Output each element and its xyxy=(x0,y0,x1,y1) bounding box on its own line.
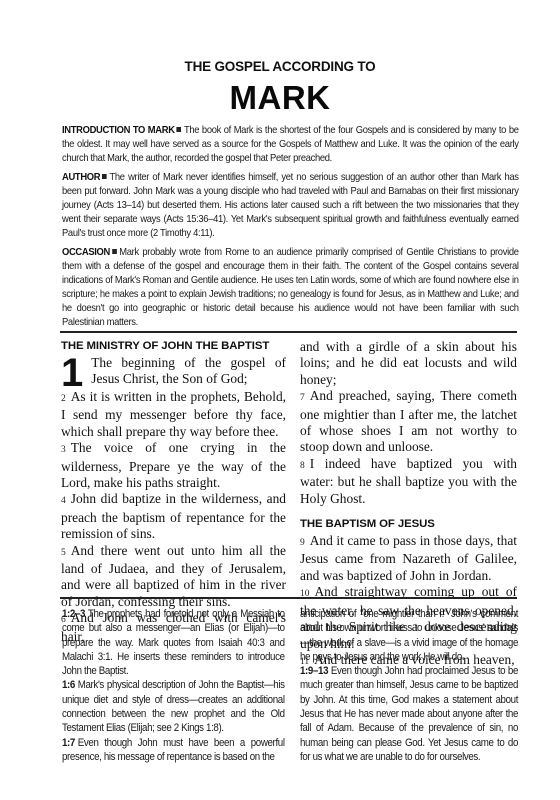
study-note: 1:2–3The prophets had foretold not only … xyxy=(62,607,285,678)
study-note: 1:7Even though John must have been a pow… xyxy=(62,736,285,765)
square-bullet-icon xyxy=(102,174,107,179)
verse-number: 4 xyxy=(61,496,66,506)
verse-text: As it is written in the prophets, Behold… xyxy=(61,389,286,439)
note-text: anticipation of "one mightier than I." J… xyxy=(300,608,518,663)
section-divider xyxy=(60,331,517,333)
note-reference: 1:2–3 xyxy=(62,608,85,620)
footnote-divider xyxy=(60,597,517,599)
study-note-continuation: anticipation of "one mightier than I." J… xyxy=(300,607,518,664)
study-note: 1:9–13Even though John had proclaimed Je… xyxy=(300,664,518,764)
section-heading: THE BAPTISM OF JESUS xyxy=(300,517,517,531)
intro-paragraph-introduction: INTRODUCTION TO MARKThe book of Mark is … xyxy=(62,124,519,166)
intro-label: AUTHOR xyxy=(62,172,100,183)
verse-continuation: and with a girdle of a skin about his lo… xyxy=(300,339,517,388)
section-heading: THE MINISTRY OF JOHN THE BAPTIST xyxy=(61,339,286,353)
book-supertitle: THE GOSPEL ACCORDING TO xyxy=(0,59,560,75)
verse-number: 3 xyxy=(61,445,66,455)
intro-label: OCCASION xyxy=(62,247,110,258)
study-notes-right: anticipation of "one mightier than I." J… xyxy=(300,607,518,764)
intro-text: The writer of Mark never identifies hims… xyxy=(62,172,519,239)
verse: 7And preached, saying, There cometh one … xyxy=(300,388,517,456)
study-note: 1:6Mark's physical description of John t… xyxy=(62,678,285,735)
intro-label: INTRODUCTION TO MARK xyxy=(62,125,175,136)
verse-text: The beginning of the gospel of Jesus Chr… xyxy=(91,355,286,386)
intro-text: Mark probably wrote from Rome to an audi… xyxy=(62,247,519,328)
note-text: The prophets had foretold not only a Mes… xyxy=(62,608,285,677)
square-bullet-icon xyxy=(112,249,117,254)
verse: 1 The beginning of the gospel of Jesus C… xyxy=(61,355,286,388)
page-header: THE GOSPEL ACCORDING TO MARK xyxy=(0,59,560,117)
note-text: Mark's physical description of John the … xyxy=(62,679,285,734)
verse: 5And there went out unto him all the lan… xyxy=(61,543,286,611)
verse-number: 7 xyxy=(300,393,305,403)
verse-text: I indeed have baptized you with water: b… xyxy=(300,456,517,506)
verse-number: 2 xyxy=(61,394,66,404)
book-introduction: INTRODUCTION TO MARKThe book of Mark is … xyxy=(62,124,519,335)
verse-number: 9 xyxy=(300,538,305,548)
verse: 2As it is written in the prophets, Behol… xyxy=(61,389,286,440)
note-text: Even though John must have been a powerf… xyxy=(62,737,285,763)
verse: 9And it came to pass in those days, that… xyxy=(300,533,517,584)
note-reference: 1:7 xyxy=(62,737,75,749)
book-title: MARK xyxy=(0,79,560,117)
intro-paragraph-occasion: OCCASIONMark probably wrote from Rome to… xyxy=(62,246,519,331)
scripture-column-left: THE MINISTRY OF JOHN THE BAPTIST 1 The b… xyxy=(61,339,286,645)
chapter-number: 1 xyxy=(61,357,83,389)
note-text: Even though John had proclaimed Jesus to… xyxy=(300,665,518,763)
note-reference: 1:9–13 xyxy=(300,665,328,677)
verse-number: 5 xyxy=(61,548,66,558)
square-bullet-icon xyxy=(177,127,182,132)
note-reference: 1:6 xyxy=(62,679,75,691)
verse: 8I indeed have baptized you with water: … xyxy=(300,456,517,507)
study-notes-left: 1:2–3The prophets had foretold not only … xyxy=(62,607,285,764)
verse-text: And it came to pass in those days, that … xyxy=(300,533,517,583)
verse: 3The voice of one crying in the wilderne… xyxy=(61,440,286,491)
intro-paragraph-author: AUTHORThe writer of Mark never identifie… xyxy=(62,171,519,241)
verse-text: And preached, saying, There cometh one m… xyxy=(300,388,517,454)
verse: 4John did baptize in the wilderness, and… xyxy=(61,491,286,542)
verse-text: John did baptize in the wilderness, and … xyxy=(61,491,286,541)
verse-text: The voice of one crying in the wildernes… xyxy=(61,440,286,490)
verse-number: 8 xyxy=(300,461,305,471)
